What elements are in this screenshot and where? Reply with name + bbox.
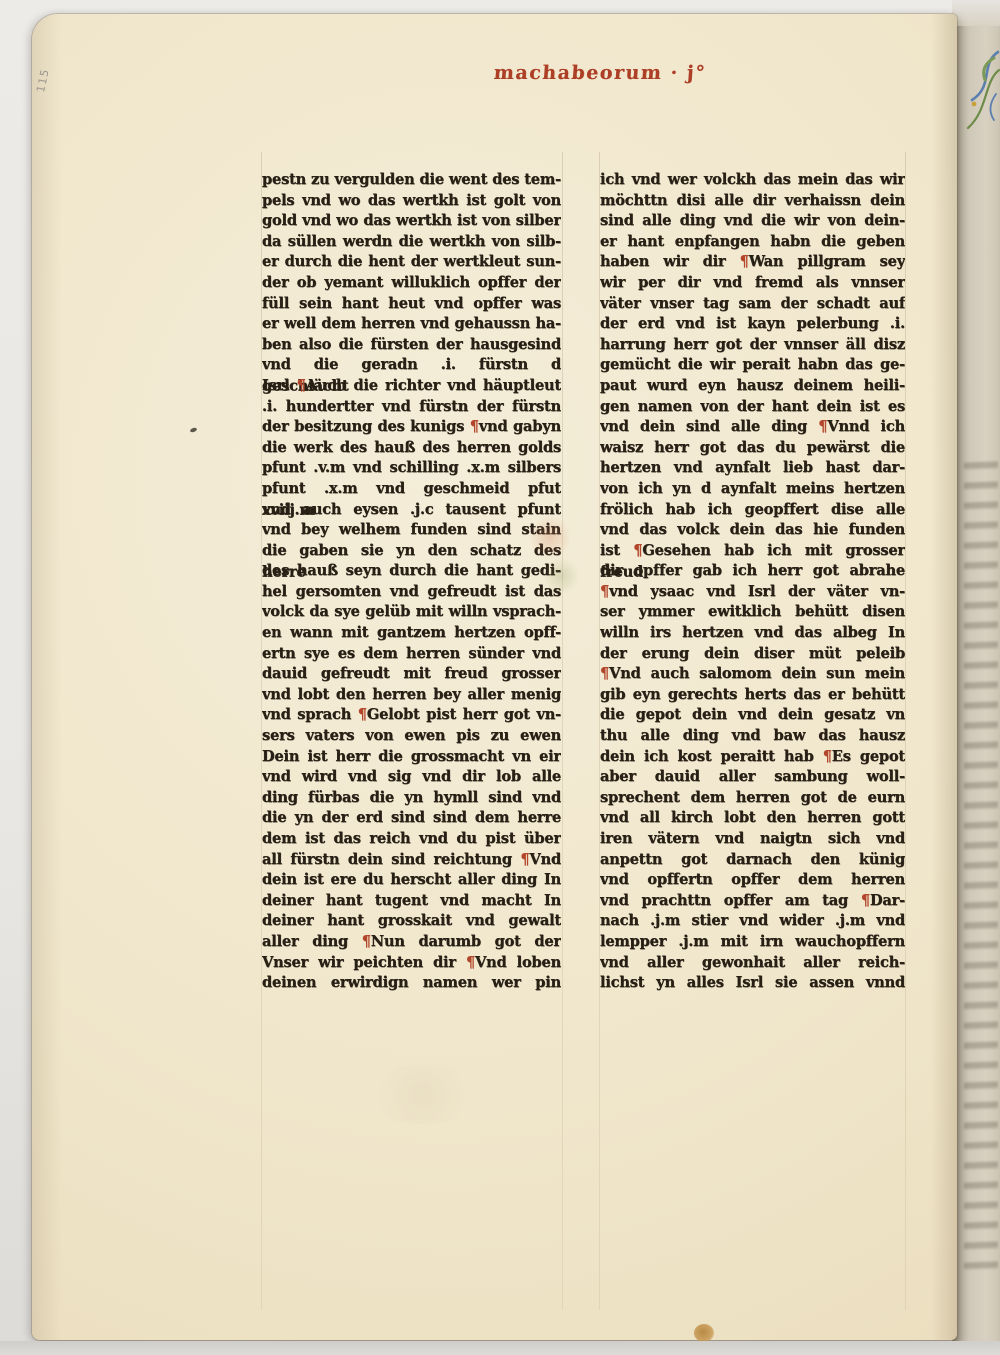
text-line: gen namen von der hant dein ist es [600,396,905,417]
text-line: ¶Vnd auch salomom dein sun mein [600,664,905,685]
text-line: pels vnd wo das wertkh ist golt von [262,190,561,211]
text-line: vnd aller gewonhait aller reich- [600,952,905,973]
marginal-foliage-decoration [954,44,1000,164]
text-line: aller ding ¶Nun darumb got der [262,932,561,953]
text-line: des hauß seyn durch die hant gedi- [262,561,561,582]
text-line: vnd auch eysen .j.c tausent pfunt [262,499,561,520]
text-line: willn irs hertzen vnd das albeg In [600,623,905,644]
text-line: dein ich kost peraitt hab ¶Es gepot [600,746,905,767]
text-line: der erung dein diser müt peleib [600,643,905,664]
text-line: dir opffer gab ich herr got abrahe [600,561,905,582]
text-line: pfunt .v.m vnd schilling .x.m silbers [262,458,561,479]
text-line: gemücht die wir perait habn das ge- [600,355,905,376]
text-line: vnd opffertn opffer dem herren [600,870,905,891]
text-line: ich vnd wer volckh das mein das wir [600,170,905,191]
text-line: haben wir dir ¶Wan pillgram sey [600,252,905,273]
text-line: da süllen werdn die wertkh von silb- [262,231,561,252]
next-folio-edge [952,0,1000,1355]
text-line: wir per dir vnd fremd als vnnser [600,273,905,294]
text-line: er hant enpfangen habn die geben [600,231,905,252]
text-line: Isrl ¶Auch die richter vnd häuptleut [262,376,561,397]
text-line: gold vnd wo das wertkh ist von silber [262,211,561,232]
text-line: nach .j.m stier vnd wider .j.m vnd [600,911,905,932]
text-line: thu alle ding vnd baw das hausz [600,726,905,747]
text-line: füll sein hant heut vnd opffer was [262,293,561,314]
text-line: iren vätern vnd naigtn sich vnd [600,829,905,850]
text-line: der besitzung des kunigs ¶vnd gabyn [262,417,561,438]
text-line: lempper .j.m mit irn wauchopffern [600,932,905,953]
text-line: vnd lobt den herren bey aller menig [262,685,561,706]
manuscript-page: 115 machabeorum · j° pestn zu vergulden … [32,14,957,1340]
text-line: der erd vnd ist kayn pelerbung .i. [600,314,905,335]
text-line: hertzen vnd aynfalt lieb hast dar- [600,458,905,479]
text-line: gib eyn gerechts herts das er behütt [600,685,905,706]
page-left-shading [32,14,62,1340]
photo-backdrop [0,1341,1000,1355]
text-line: Dein ist herr die grossmacht vn eir [262,746,561,767]
text-line: all fürstn dein sind reichtung ¶Vnd [262,849,561,870]
text-line: ertn sye es dem herren sünder vnd [262,643,561,664]
pigment-smudge [544,556,578,596]
text-line: volck da sye gelüb mit willn vsprach- [262,602,561,623]
text-line: die gaben sie yn den schatz des herre [262,540,561,561]
text-line: vnd das volck dein das hie funden [600,520,905,541]
text-line: die werk des hauß des herren golds [262,437,561,458]
text-line: der ob yemant willuklich opffer der [262,273,561,294]
text-line: en wann mit gantzem hertzen opff- [262,623,561,644]
text-line: hel gersomten vnd gefreudt ist das [262,582,561,603]
pigment-smudge [530,514,570,560]
text-line: lichst yn alles Isrl sie assen vnnd [600,973,905,994]
text-line: vnd die geradn .i. fürstn d geschlächt [262,355,561,376]
ruling-line [562,152,563,1310]
text-line: dem ist das reich vnd du pist über [262,829,561,850]
text-line: deiner hant grosskait vnd gewalt [262,911,561,932]
text-line: pestn zu vergulden die went des tem- [262,170,561,191]
text-line: er durch die hent der wertkleut sun- [262,252,561,273]
running-title: machabeorum · j° [479,62,721,84]
text-line: ding fürbas die yn hymll sind vnd [262,788,561,809]
text-line: dein ist ere du herscht aller ding In [262,870,561,891]
text-line: vnd sprach ¶Gelobt pist herr got vn- [262,705,561,726]
ruling-line [905,152,906,1310]
next-folio-text-showthrough [964,449,998,1280]
text-line: sers vaters von ewen pis zu ewen [262,726,561,747]
text-line: vnd prachttn opffer am tag ¶Dar- [600,890,905,911]
text-line: anpettn got darnach den künig [600,849,905,870]
text-line: vnd dein sind alle ding ¶Vnnd ich [600,417,905,438]
text-line: ist ¶Gesehen hab ich mit grosser freud [600,540,905,561]
text-line: harrung herr got der vnnser äll disz [600,334,905,355]
manuscript-photo: 115 machabeorum · j° pestn zu vergulden … [0,0,1000,1355]
text-line: ¶vnd ysaac vnd Isrl der väter vn- [600,582,905,603]
text-line: frölich hab ich geopffert dise alle [600,499,905,520]
text-line: möchttn disi alle dir verhaissn dein [600,190,905,211]
page-fore-edge-shading [931,14,957,1340]
text-line: deinen erwirdign namen wer pin [262,973,561,994]
text-line: deiner hant tugent vnd macht In [262,890,561,911]
text-line: .i. hundertter vnd fürstn der fürstn [262,396,561,417]
text-line: von ich yn d aynfalt meins hertzen [600,479,905,500]
text-line: ben also die fürsten der hausgesind [262,334,561,355]
text-line: ser ymmer ewitklich behütt disen [600,602,905,623]
text-line: Vnser wir peichten dir ¶Vnd loben [262,952,561,973]
text-line: pfunt .x.m vnd geschmeid pfut xviij.m [262,479,561,500]
text-line: er well dem herren vnd gehaussn ha- [262,314,561,335]
text-line: sind alle ding vnd die wir von dein- [600,211,905,232]
text-line: vnd wird vnd sig vnd dir lob alle [262,767,561,788]
text-line: väter vnser tag sam der schadt auf [600,293,905,314]
text-column-right: ich vnd wer volckh das mein das wirmöcht… [600,170,905,994]
ink-speck [190,427,198,433]
parchment-discoloration [362,1064,482,1124]
text-line: vnd all kirch lobt den herren gott [600,808,905,829]
text-line: waisz herr got das du pewärst die [600,437,905,458]
text-line: aber dauid aller sambung woll- [600,767,905,788]
text-line: die gepot dein vnd dein gesatz vn [600,705,905,726]
text-column-left: pestn zu vergulden die went des tem-pels… [262,170,561,994]
text-line: die yn der erd sind sind dem herre [262,808,561,829]
text-line: sprechent dem herren got de eurn [600,788,905,809]
text-line: paut wurd eyn hausz deinem heili- [600,376,905,397]
text-line: dauid gefreudt mit freud grosser [262,664,561,685]
stain-dot [694,1324,714,1342]
text-line: vnd bey welhem funden sind stain [262,520,561,541]
next-folio-corner [952,0,1000,26]
